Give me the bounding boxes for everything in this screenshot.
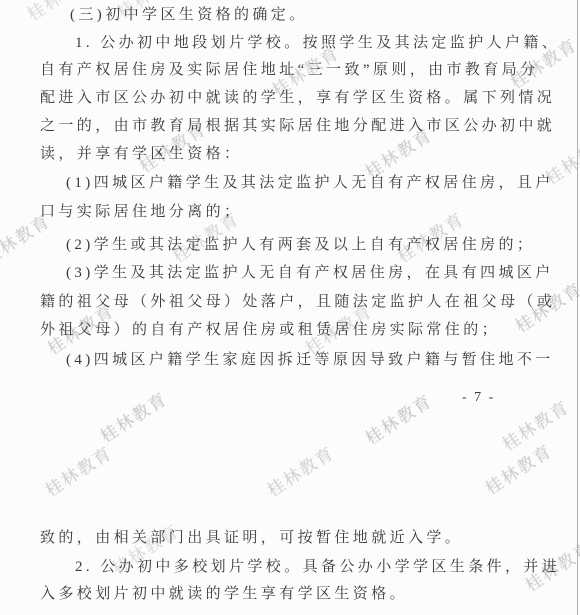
document-line: 自有产权居住房及实际居住地址“三一致”原则，由市教育局分 (40, 63, 539, 78)
scan-edge-line (577, 0, 578, 615)
document-text-layer: (三)初中学区生资格的确定。1. 公办初中地段划片学校。按照学生及其法定监护人户… (0, 0, 580, 615)
document-line: 1. 公办初中地段划片学校。按照学生及其法定监护人户籍、 (75, 36, 560, 51)
document-line: (3)学生及其法定监护人无自有产权居住房，在具有四城区户 (66, 266, 554, 281)
document-line: 籍的祖父母（外祖父母）处落户，且随法定监护人在祖父母（或 (40, 295, 555, 310)
document-line: 之一的，由市教育局根据其实际居住地分配进入市区公办初中就 (40, 119, 555, 134)
document-line: (1)四城区户籍学生及其法定监护人无自有产权居住房，且户 (66, 176, 554, 191)
document-line: 配进入市区公办初中就读的学生，享有学区生资格。属下列情况 (40, 91, 555, 106)
document-line: 入多校划片初中就读的学生享有学区生资格。 (40, 587, 408, 602)
document-line: 致的，由相关部门出具证明，可按暂住地就近入学。 (40, 531, 463, 546)
document-line: (4)四城区户籍学生家庭因拆迁等原因导致户籍与暂住地不一 (66, 353, 554, 368)
document-line: (2)学生或其法定监护人有两套及以上自有产权居住房的； (66, 238, 535, 253)
document-line: 外祖父母）的自有产权居住房或租赁居住房实际常住的； (40, 323, 500, 338)
scanned-document-page: 桂林教育桂林教育桂林教育桂林教育桂林教育桂林教育桂林教育桂林教育桂林教育桂林教育… (0, 0, 580, 615)
document-line: 读，并享有学区生资格： (40, 147, 242, 162)
page-number: - 7 - (462, 391, 495, 405)
document-line: (三)初中学区生资格的确定。 (70, 8, 308, 23)
document-line: 口与实际居住地分离的； (40, 205, 242, 220)
document-line: 2. 公办初中多校划片学校。具备公办小学学区生条件，并进 (75, 560, 560, 575)
